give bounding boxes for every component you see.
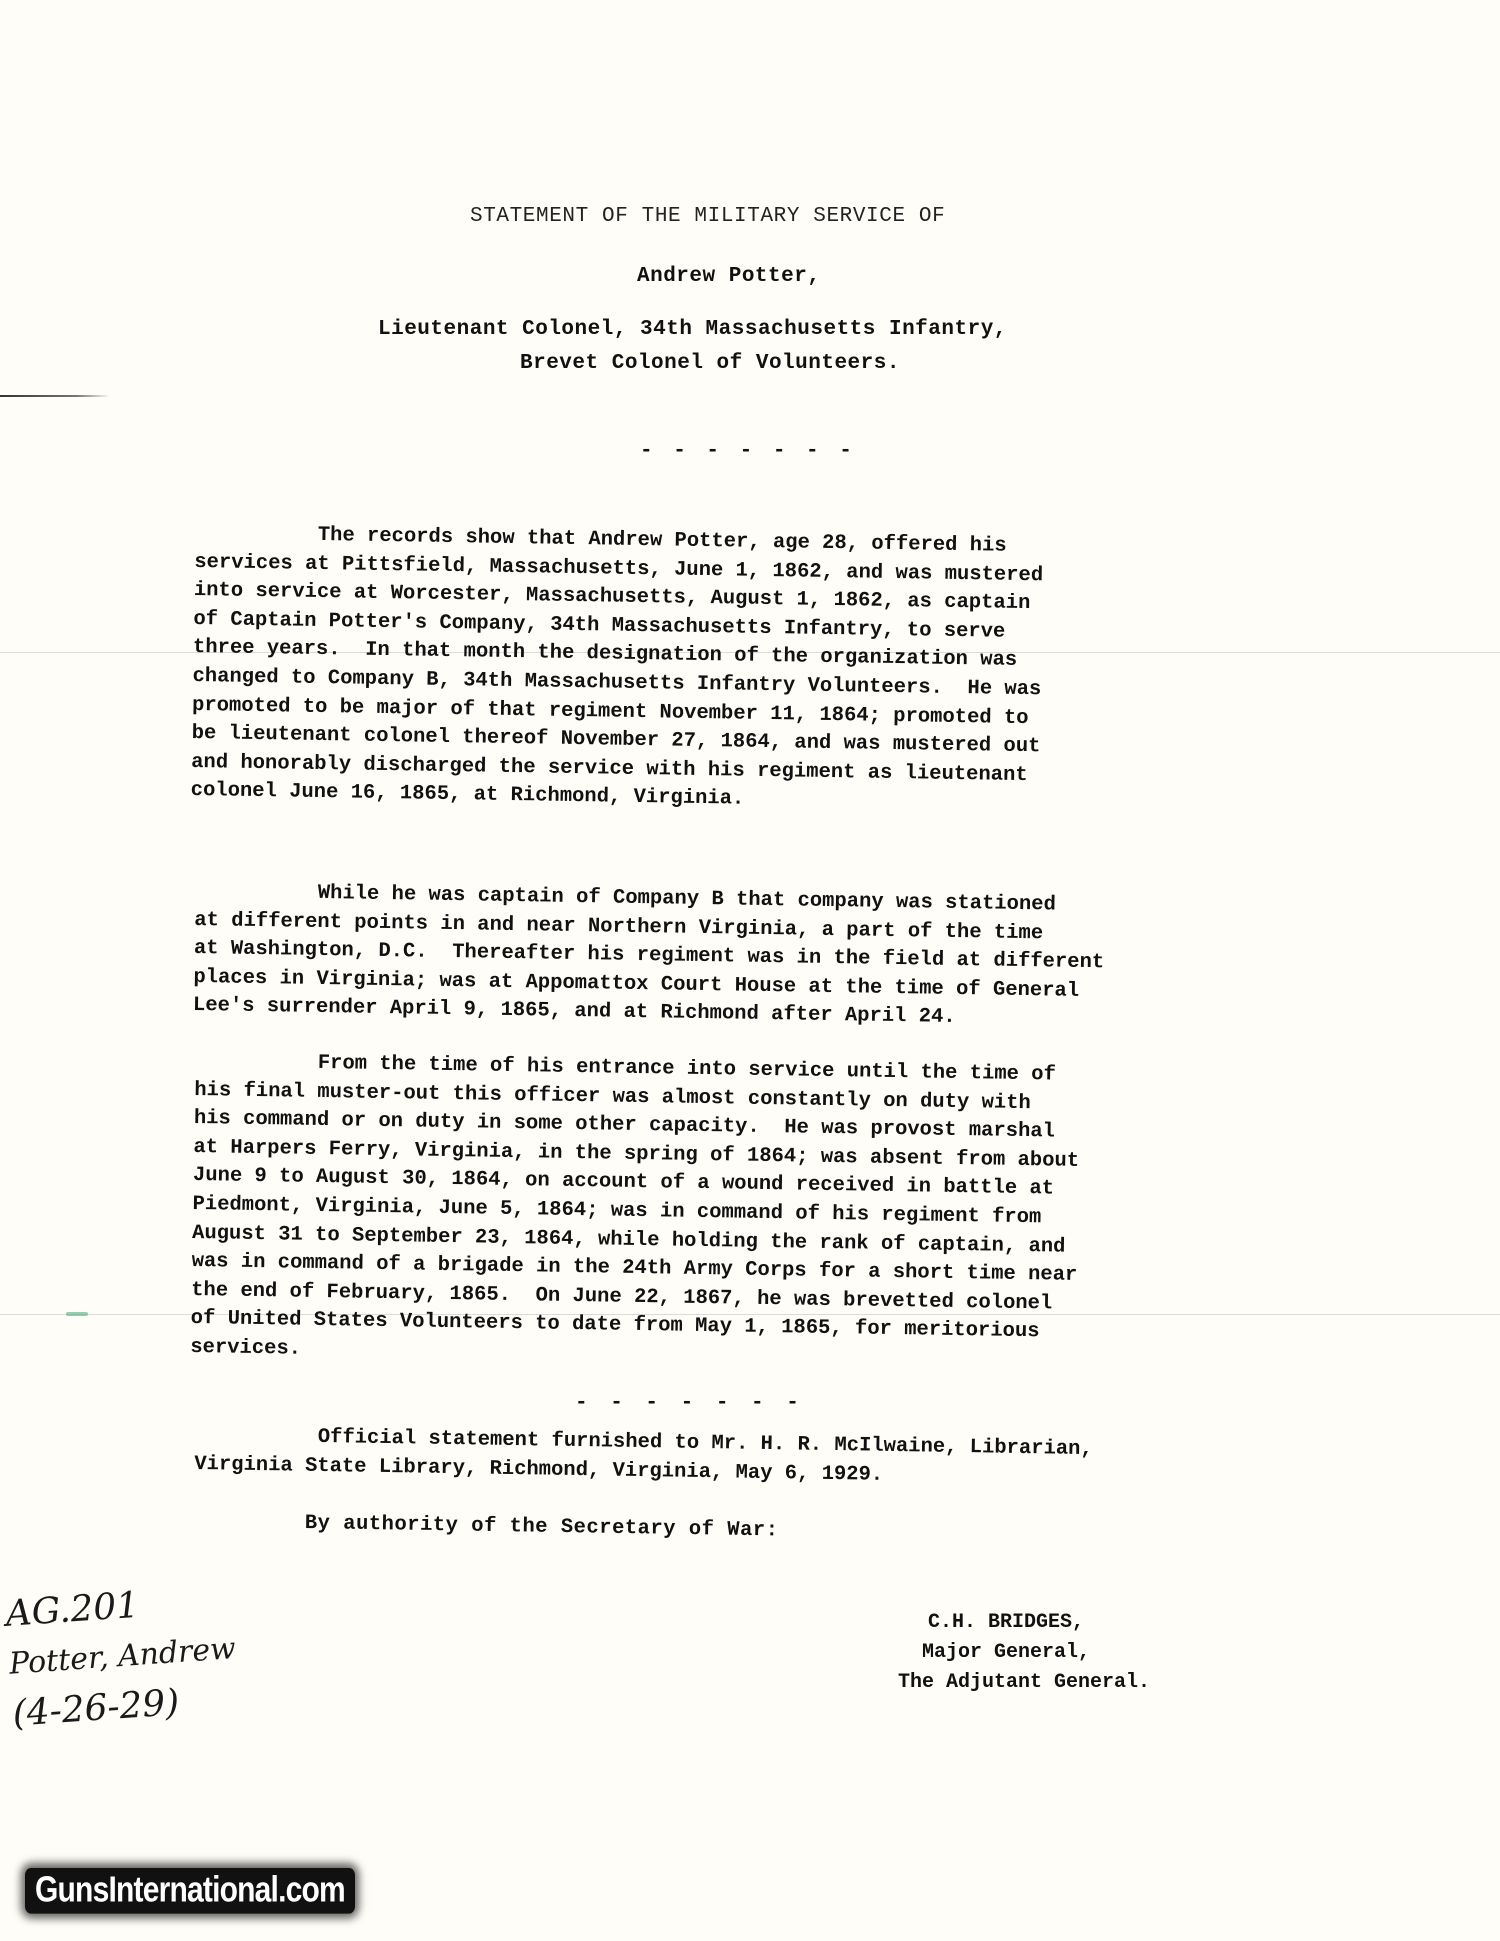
signatory-rank: Major General, — [898, 1638, 1150, 1668]
signatory-name: C.H. BRIDGES, — [898, 1608, 1150, 1638]
signatory-office: The Adjutant General. — [898, 1668, 1150, 1698]
separator-dashes: - - - - - - - — [575, 1392, 804, 1415]
handwritten-note: AG.201 Potter, Andrew (4-26-29) — [4, 1577, 194, 1739]
paragraph-duty-history: From the time of his entrance into servi… — [190, 1048, 1225, 1379]
rank-line-2: Brevet Colonel of Volunteers. — [520, 352, 900, 375]
paragraph-service-record: The records show that Andrew Potter, age… — [191, 520, 1225, 822]
rank-line-1: Lieutenant Colonel, 34th Massachusetts I… — [378, 318, 1007, 341]
paragraph-company-b: While he was captain of Company B that c… — [193, 878, 1225, 1037]
official-statement: Official statement furnished to Mr. H. R… — [194, 1422, 1225, 1495]
document-title: STATEMENT OF THE MILITARY SERVICE OF — [470, 205, 945, 228]
document-page: STATEMENT OF THE MILITARY SERVICE OF And… — [0, 0, 1500, 1941]
signature-block: C.H. BRIDGES, Major General, The Adjutan… — [898, 1608, 1150, 1698]
separator-dashes: - - - - - - - — [640, 440, 856, 463]
ink-stain — [66, 1312, 88, 1316]
site-watermark: GunsInternational.com — [25, 1868, 355, 1914]
service-member-name: Andrew Potter, — [637, 265, 820, 288]
margin-pencil-mark — [0, 395, 110, 397]
authority-line: By authority of the Secretary of War: — [305, 1512, 779, 1542]
